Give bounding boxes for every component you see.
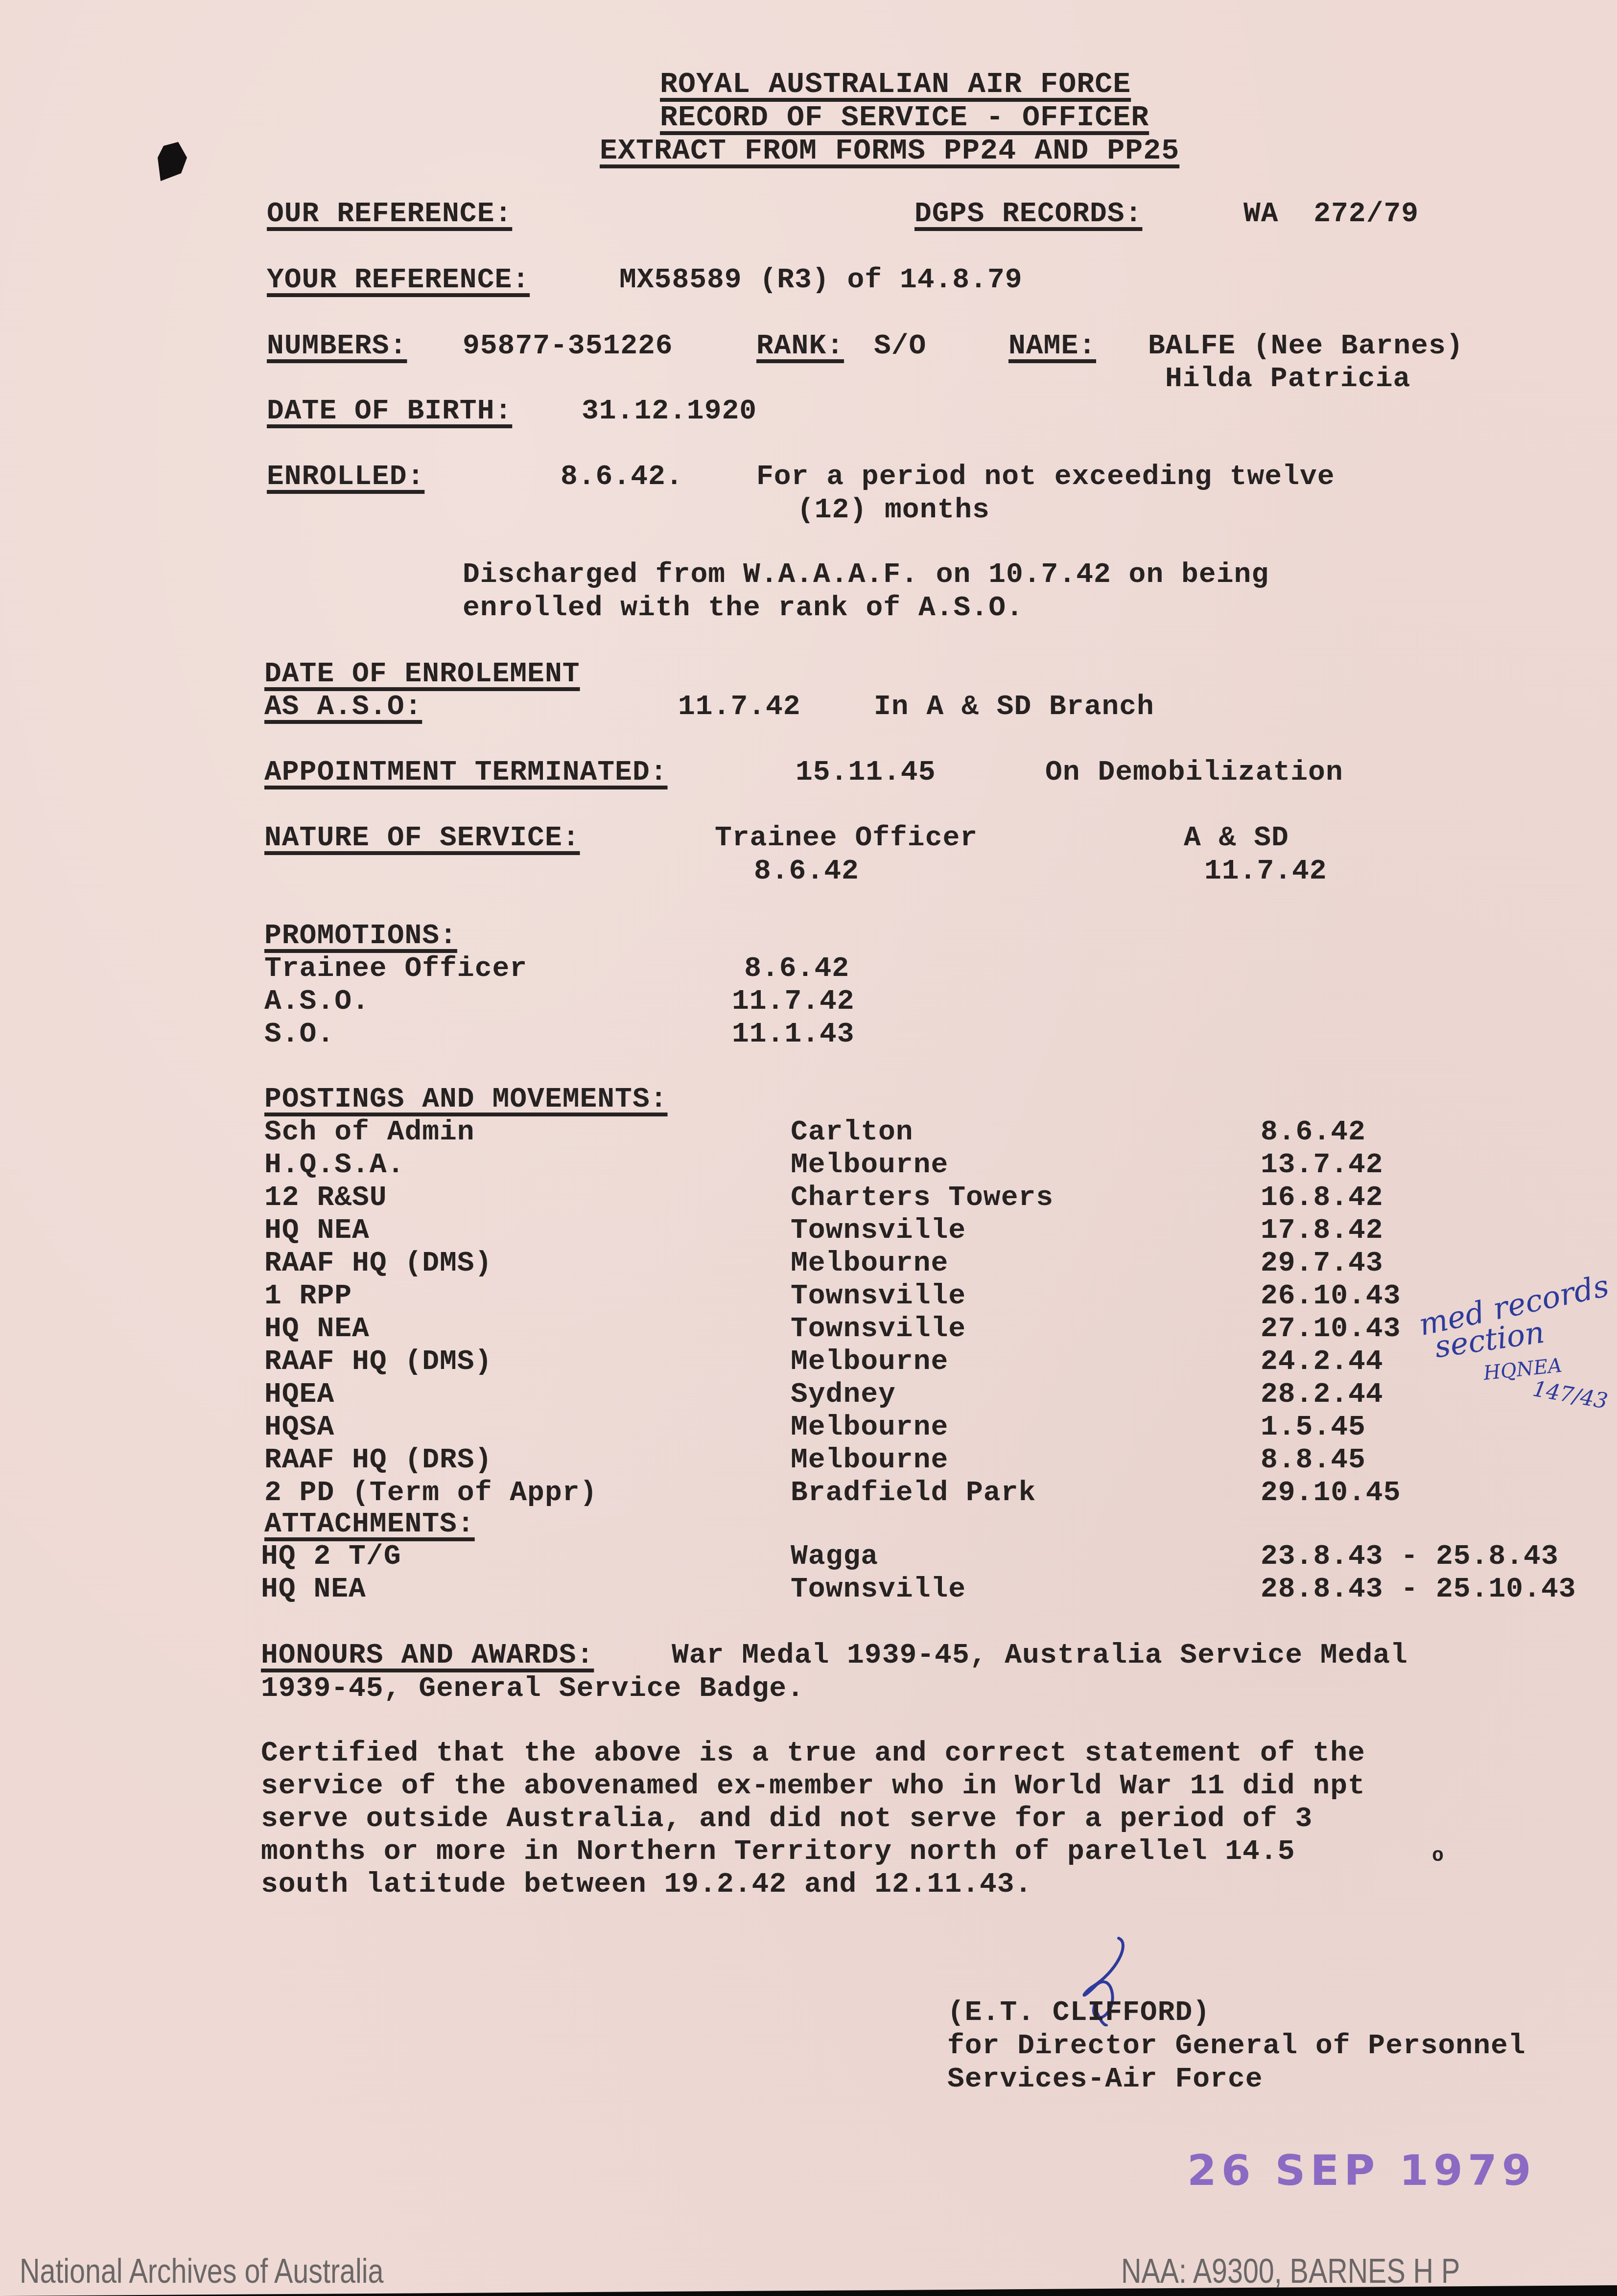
your-reference-label: YOUR REFERENCE: xyxy=(267,264,530,297)
posting-location: Melbourne xyxy=(791,1346,948,1378)
header-line-2: RECORD OF SERVICE - OFFICER xyxy=(660,102,1149,134)
appointment-terminated-label: APPOINTMENT TERMINATED: xyxy=(264,757,668,789)
nature-date-2: 11.7.42 xyxy=(1204,856,1327,888)
posting-location: Sydney xyxy=(791,1379,896,1411)
numbers-label: NUMBERS: xyxy=(267,330,407,363)
name-line-2: Hilda Patricia xyxy=(1165,363,1410,395)
attachments-label: ATTACHMENTS: xyxy=(264,1508,475,1541)
posting-unit: RAAF HQ (DRS) xyxy=(264,1444,492,1477)
posting-location: Carlton xyxy=(791,1116,914,1149)
signatory-name: (E.T. CLIFFORD) xyxy=(947,1997,1210,2029)
posting-unit: HQEA xyxy=(264,1379,334,1411)
posting-unit: Sch of Admin xyxy=(264,1116,475,1149)
postings-label: POSTINGS AND MOVEMENTS: xyxy=(264,1084,668,1116)
posting-unit: HQSA xyxy=(264,1412,334,1444)
discharge-line-1: Discharged from W.A.A.A.F. on 10.7.42 on… xyxy=(463,559,1269,591)
nature-of-service-label: NATURE OF SERVICE: xyxy=(264,822,580,855)
posting-date: 13.7.42 xyxy=(1261,1149,1383,1182)
rank-label: RANK: xyxy=(756,330,844,363)
certification-line: months or more in Northern Territory nor… xyxy=(261,1836,1295,1868)
honours-label: HONOURS AND AWARDS: xyxy=(261,1640,594,1672)
handwritten-note-line-4: 147/43 xyxy=(1531,1376,1610,1414)
name-label: NAME: xyxy=(1008,330,1096,363)
posting-location: Melbourne xyxy=(791,1248,948,1280)
footer-archive-name: National Archives of Australia xyxy=(20,2251,383,2291)
promotions-label: PROMOTIONS: xyxy=(264,920,457,952)
date-stamp: 26 SEP 1979 xyxy=(1187,2146,1536,2195)
honours-line-2: 1939-45, General Service Badge. xyxy=(261,1673,804,1705)
posting-date: 16.8.42 xyxy=(1261,1182,1383,1214)
posting-date: 24.2.44 xyxy=(1261,1346,1383,1378)
promotion-rank: S.O. xyxy=(264,1019,334,1051)
promotion-date: 11.7.42 xyxy=(732,986,849,1018)
our-reference-label: OUR REFERENCE: xyxy=(267,198,512,231)
nature-type-2: A & SD xyxy=(1184,822,1289,855)
posting-date: 29.10.45 xyxy=(1261,1477,1401,1509)
enrolled-label: ENROLLED: xyxy=(267,461,424,493)
name-line-1: BALFE (Nee Barnes) xyxy=(1148,330,1464,363)
signatory-title-2: Services-Air Force xyxy=(947,2064,1263,2096)
discharge-line-2: enrolled with the rank of A.S.O. xyxy=(463,592,1024,625)
header-line-3: EXTRACT FROM FORMS PP24 AND PP25 xyxy=(600,135,1179,167)
numbers-value: 95877-351226 xyxy=(463,330,673,363)
posting-unit: RAAF HQ (DMS) xyxy=(264,1248,492,1280)
enrolled-date: 8.6.42. xyxy=(561,461,683,493)
posting-date: 8.6.42 xyxy=(1261,1116,1366,1149)
posting-unit: 12 R&SU xyxy=(264,1182,387,1214)
posting-date: 1.5.45 xyxy=(1261,1412,1366,1444)
nature-type-1: Trainee Officer xyxy=(715,822,978,855)
certification-line: service of the abovenamed ex-member who … xyxy=(261,1770,1365,1803)
posting-location: Melbourne xyxy=(791,1444,948,1477)
degree-mark: o xyxy=(1432,1840,1444,1873)
posting-location: Townsville xyxy=(791,1280,966,1313)
nature-date-1: 8.6.42 xyxy=(754,856,859,888)
certification-line: Certified that the above is a true and c… xyxy=(261,1738,1365,1770)
posting-location: Townsville xyxy=(791,1313,966,1345)
certification-line: south latitude between 19.2.42 and 12.11… xyxy=(261,1869,1032,1901)
posting-date: 17.8.42 xyxy=(1261,1215,1383,1247)
posting-location: Melbourne xyxy=(791,1412,948,1444)
posting-location: Townsville xyxy=(791,1215,966,1247)
enrolled-note-2: (12) months xyxy=(797,494,990,527)
dob-value: 31.12.1920 xyxy=(582,395,757,428)
posting-date: 29.7.43 xyxy=(1261,1248,1383,1280)
attachment-unit: HQ NEA xyxy=(261,1574,366,1606)
posting-unit: HQ NEA xyxy=(264,1313,370,1345)
dgps-records-value: WA 272/79 xyxy=(1243,198,1419,231)
promotion-date: 11.1.43 xyxy=(732,1019,849,1051)
dob-label: DATE OF BIRTH: xyxy=(267,395,512,428)
promotion-rank: A.S.O. xyxy=(264,986,370,1018)
posting-date: 26.10.43 xyxy=(1261,1280,1401,1313)
posting-unit: H.Q.S.A. xyxy=(264,1149,404,1182)
appointment-terminated-date: 15.11.45 xyxy=(796,757,936,789)
header-line-1: ROYAL AUSTRALIAN AIR FORCE xyxy=(660,69,1131,101)
posting-unit: 2 PD (Term of Appr) xyxy=(264,1477,597,1509)
certification-line: serve outside Australia, and did not ser… xyxy=(261,1803,1312,1835)
posting-location: Charters Towers xyxy=(791,1182,1054,1214)
promotion-rank: Trainee Officer xyxy=(264,953,527,985)
footer-citation: NAA: A9300, BARNES H P xyxy=(1121,2251,1460,2291)
rank-value: S/O xyxy=(874,330,926,363)
enrolement-aso-label-2: AS A.S.O: xyxy=(264,691,422,723)
promotion-date: 8.6.42 xyxy=(732,953,849,985)
honours-line-1: War Medal 1939-45, Australia Service Med… xyxy=(672,1640,1408,1672)
posting-unit: HQ NEA xyxy=(264,1215,370,1247)
enrolement-aso-date: 11.7.42 xyxy=(678,691,801,723)
posting-date: 8.8.45 xyxy=(1261,1444,1366,1477)
posting-date: 27.10.43 xyxy=(1261,1313,1401,1345)
signatory-title-1: for Director General of Personnel xyxy=(947,2030,1526,2063)
attachment-location: Townsville xyxy=(791,1574,966,1606)
posting-location: Melbourne xyxy=(791,1149,948,1182)
attachment-dates: 23.8.43 - 25.8.43 xyxy=(1261,1541,1559,1573)
posting-location: Bradfield Park xyxy=(791,1477,1036,1509)
attachment-unit: HQ 2 T/G xyxy=(261,1541,401,1573)
attachment-location: Wagga xyxy=(791,1541,878,1573)
appointment-terminated-note: On Demobilization xyxy=(1045,757,1343,789)
your-reference-value: MX58589 (R3) of 14.8.79 xyxy=(619,264,1023,297)
attachment-dates: 28.8.43 - 25.10.43 xyxy=(1261,1574,1576,1606)
posting-date: 28.2.44 xyxy=(1261,1379,1383,1411)
enrolled-note-1: For a period not exceeding twelve xyxy=(756,461,1335,493)
enrolement-aso-note: In A & SD Branch xyxy=(874,691,1154,723)
dgps-records-label: DGPS RECORDS: xyxy=(914,198,1142,231)
enrolement-aso-label-1: DATE OF ENROLEMENT xyxy=(264,658,580,691)
posting-unit: RAAF HQ (DMS) xyxy=(264,1346,492,1378)
posting-unit: 1 RPP xyxy=(264,1280,352,1313)
hole-punch xyxy=(158,142,187,181)
